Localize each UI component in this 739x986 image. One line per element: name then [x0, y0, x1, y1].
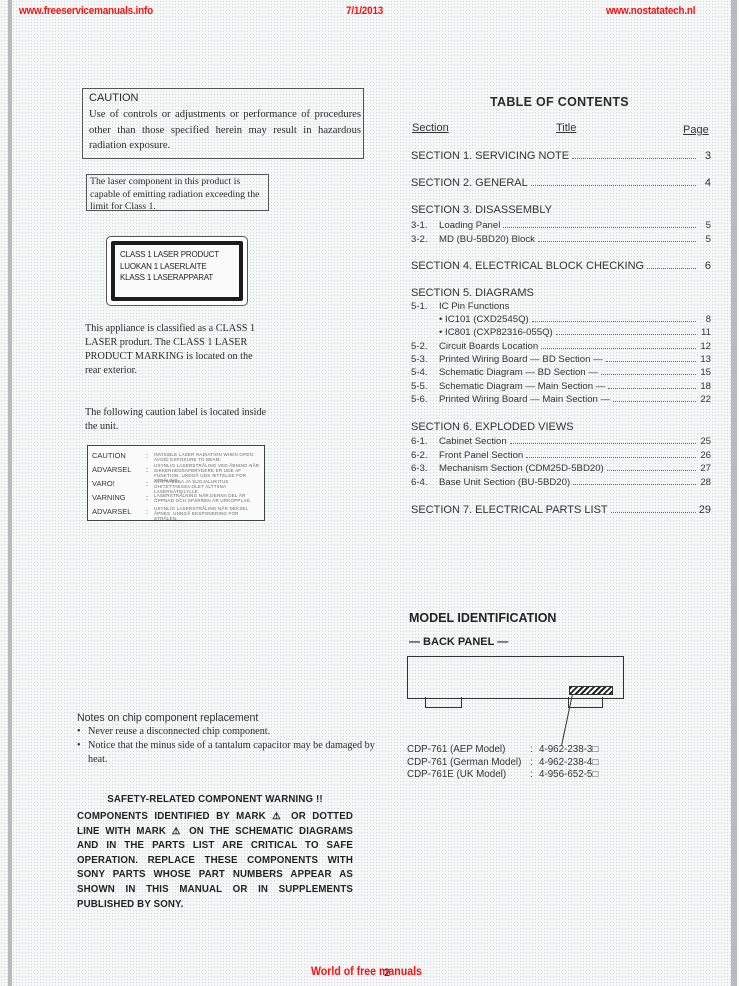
class1-laser-label: CLASS 1 LASER PRODUCT LUOKAN 1 LASERLAIT…: [106, 236, 248, 306]
toc-entry-section-1[interactable]: SECTION 1. SERVICING NOTE3: [411, 150, 711, 162]
caution-label-desc: INVISIBLE LASER RADIATION WHEN OPEN. AVO…: [154, 452, 262, 462]
toc-entry-section-4[interactable]: SECTION 4. ELECTRICAL BLOCK CHECKING6: [411, 260, 711, 272]
caution-label-word: VARNING: [92, 493, 144, 502]
laser-label-line: CLASS 1 LASER PRODUCT: [120, 249, 239, 261]
header-date: 7/1/2013: [346, 5, 383, 17]
toc-entry[interactable]: 5-5.Schematic Diagram — Main Section —18: [411, 381, 711, 392]
scan-edge-left: [8, 0, 12, 986]
safety-title: SAFETY-RELATED COMPONENT WARNING !!: [77, 793, 353, 806]
caution-label-word: ADVARSEL: [92, 507, 144, 516]
safety-body: COMPONENTS IDENTIFIED BY MARK ⚠ OR DOTTE…: [77, 810, 353, 912]
toc-title: TABLE OF CONTENTS: [490, 95, 629, 109]
toc-entry[interactable]: 6-3.Mechanism Section (CDM25D-5BD20)27: [411, 463, 711, 474]
caution-text: Use of controls or adjustments or perfor…: [89, 107, 361, 154]
toc-entry-section-2[interactable]: SECTION 2. GENERAL4: [411, 177, 711, 189]
toc-section-6-heading: SECTION 6. EXPLODED VIEWS: [411, 421, 574, 433]
toc-entry[interactable]: 6-2.Front Panel Section26: [411, 450, 711, 461]
toc-entry[interactable]: 5-3.Printed Wiring Board — BD Section —1…: [411, 354, 711, 365]
toc-entry-section-7[interactable]: SECTION 7. ELECTRICAL PARTS LIST29: [411, 504, 711, 516]
header-left-link[interactable]: www.freeservicemanuals.info: [19, 5, 153, 17]
toc-entry[interactable]: 5-6.Printed Wiring Board — Main Section …: [411, 394, 711, 405]
panel-foot-right: [568, 697, 603, 708]
model-list: CDP-761 (AEP Model):4-962-238-3□ CDP-761…: [407, 744, 598, 782]
caution-box: CAUTION Use of controls or adjustments o…: [82, 88, 364, 159]
toc-entry[interactable]: 6-4.Base Unit Section (BU-5BD20)28: [411, 477, 711, 488]
internal-caution-label: CAUTION : INVISIBLE LASER RADIATION WHEN…: [87, 445, 265, 521]
model-identification-title: MODEL IDENTIFICATION: [409, 611, 556, 625]
laser-label-line: KLASS 1 LASERAPPARAT: [120, 272, 239, 284]
laser-label-line: LUOKAN 1 LASERLAITE: [120, 261, 239, 273]
caution-label-word: ADVARSEL: [92, 465, 144, 474]
back-panel-subtitle: — BACK PANEL —: [409, 636, 508, 648]
toc-entry[interactable]: 3-1.Loading Panel5: [411, 220, 711, 231]
caution-label-desc: LASERSTRÅLNING NÄR DENNA DEL ÄR ÖPPNAD O…: [154, 493, 262, 503]
toc-col-section: Section: [412, 122, 449, 134]
caution-label-location: The following caution label is located i…: [85, 406, 270, 434]
toc-entry[interactable]: • IC801 (CXP82316-055Q)11: [411, 327, 711, 338]
header-right-link[interactable]: www.nostatatech.nl: [606, 5, 695, 17]
toc-col-page: Page: [683, 124, 709, 136]
model-row: CDP-761 (German Model):4-962-238-4□: [407, 757, 598, 770]
scan-edge-right: [731, 0, 737, 986]
caution-label-word: VARO!: [92, 479, 144, 488]
panel-foot-left: [425, 697, 462, 708]
caution-label-desc: AVATTAESSA JA SUOJALUKITUS OHITETTAESSA …: [154, 479, 262, 494]
caution-title: CAUTION: [89, 92, 139, 104]
notes-item: •Notice that the minus side of a tantalu…: [77, 739, 382, 767]
toc-section-3-heading: SECTION 3. DISASSEMBLY: [411, 204, 552, 216]
toc-section-5-heading: SECTION 5. DIAGRAMS: [411, 287, 534, 299]
notes-item: •Never reuse a disconnected chip compone…: [77, 725, 382, 739]
page-number: 2: [384, 967, 390, 979]
chip-notes: Notes on chip component replacement •Nev…: [77, 711, 382, 767]
toc-entry: 5-1.IC Pin Functions: [411, 301, 711, 312]
notes-title: Notes on chip component replacement: [77, 711, 382, 725]
toc-entry[interactable]: 5-4.Schematic Diagram — BD Section —15: [411, 367, 711, 378]
bullet-icon: •: [77, 725, 88, 739]
caution-label-word: CAUTION: [92, 451, 144, 460]
toc-entry[interactable]: • IC101 (CXD2545Q)8: [411, 314, 711, 325]
footer-link[interactable]: World of free manuals: [311, 966, 422, 978]
model-row: CDP-761 (AEP Model):4-962-238-3□: [407, 744, 598, 757]
bullet-icon: •: [77, 739, 88, 767]
laser-label-text: CLASS 1 LASER PRODUCT LUOKAN 1 LASERLAIT…: [115, 245, 239, 297]
toc-entry[interactable]: 6-1.Cabinet Section25: [411, 436, 711, 447]
model-label-hatch: [569, 686, 613, 695]
class-description: This appliance is classified as a CLASS …: [85, 322, 270, 378]
toc-entry[interactable]: 5-2.Circuit Boards Location12: [411, 341, 711, 352]
caution-label-desc: USYNLIG LASERSTRÅLING NÅR DEKSEL ÅPNES. …: [154, 506, 262, 521]
model-row: CDP-761E (UK Model):4-956-652-5□: [407, 769, 598, 782]
toc-col-title: Title: [556, 122, 576, 134]
safety-warning: SAFETY-RELATED COMPONENT WARNING !! COMP…: [77, 793, 353, 912]
laser-notice: The laser component in this product is c…: [86, 174, 269, 211]
toc-entry[interactable]: 3-2.MD (BU-5BD20) Block5: [411, 234, 711, 245]
